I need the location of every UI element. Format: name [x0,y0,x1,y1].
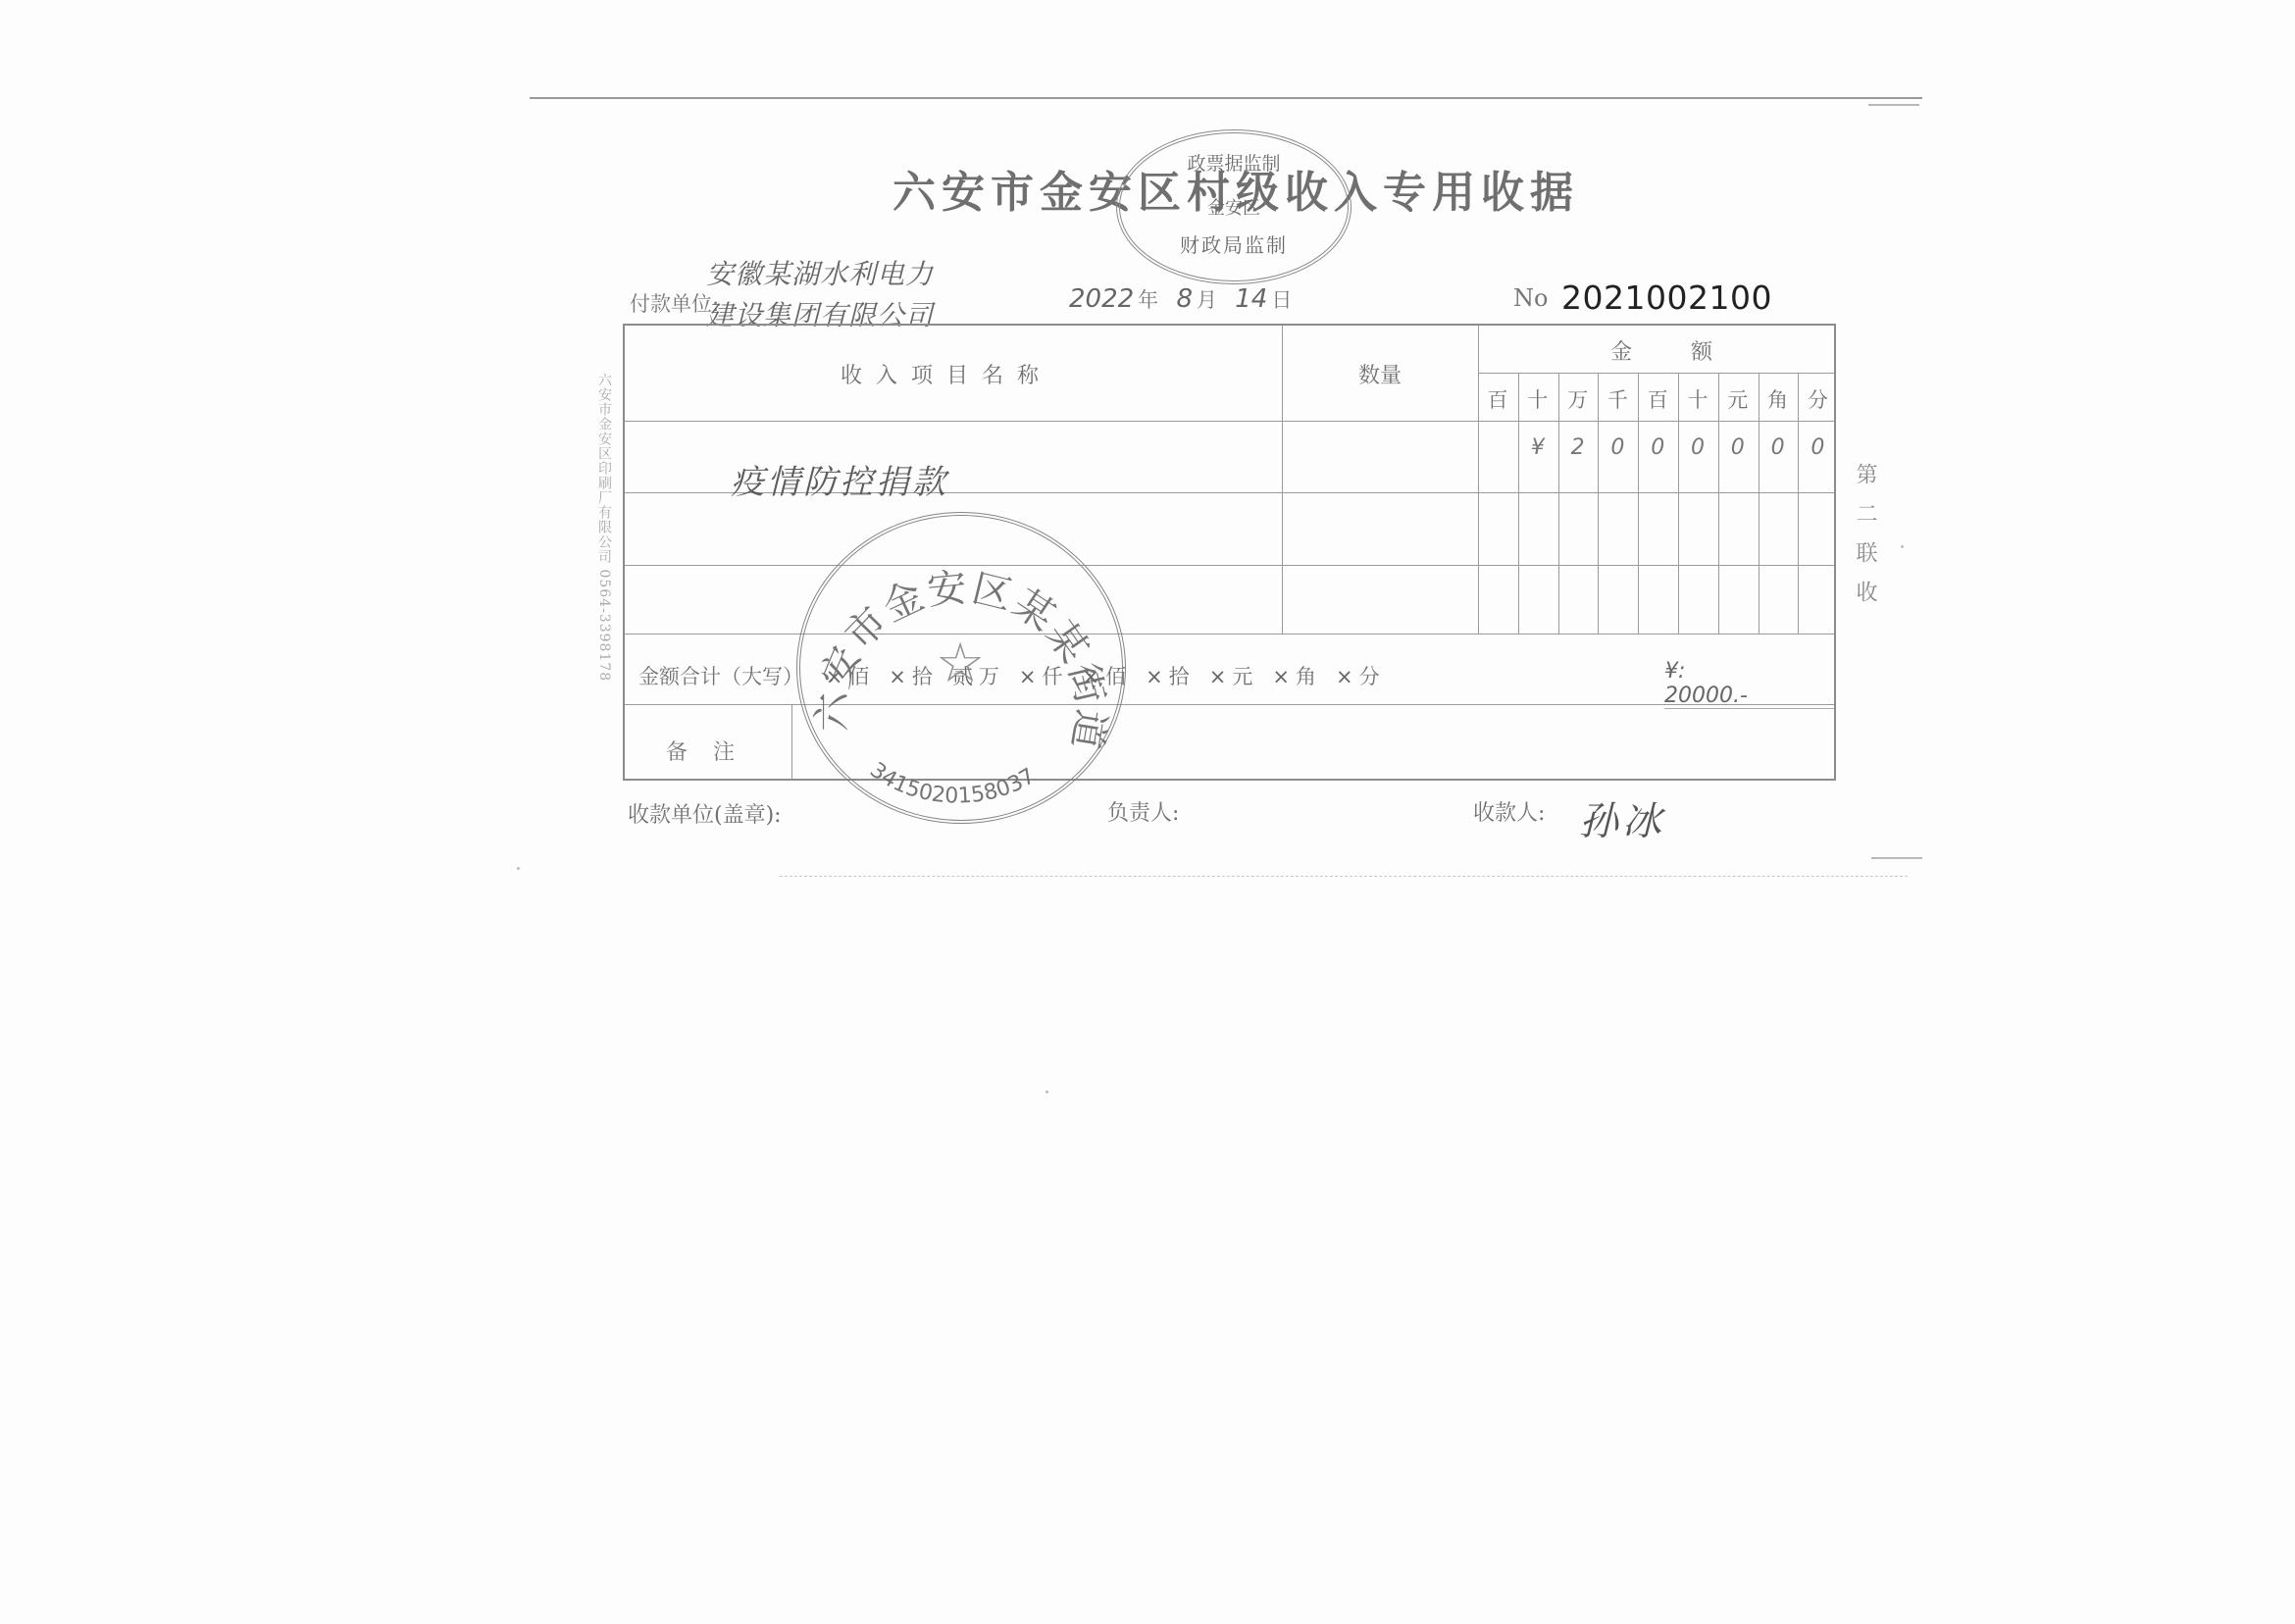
digit-column-header: 千 [1599,384,1636,414]
header-amount: 金额 [1610,335,1771,366]
receipt-number: 2021002100 [1561,279,1772,317]
collector-unit-label: 收款单位(盖章): [628,798,782,829]
copy-label-vertical: 第二联收 [1850,463,1880,620]
digit-column-header: 分 [1799,384,1836,414]
total-segment-unit: 元 [1232,665,1252,688]
header-item-name: 收入项目名称 [841,359,1052,389]
village-committee-seal: 六安市金安区某某街道某某村民委员会 3415020158037 ☆ [796,512,1126,824]
digit-column-header: 角 [1759,384,1797,414]
star-icon: ☆ [936,632,985,695]
scan-speck [517,867,520,870]
fiscal-seal-line1: 政票据监制 [1120,149,1348,176]
receipt-date: 2022年 8月 14日 [1069,284,1301,314]
payer-name-line1: 安徽某湖水利电力 [706,253,934,292]
table-header-bottom-line [625,421,1834,422]
header-quantity: 数量 [1358,359,1402,389]
amount-header-divider [1478,373,1834,374]
date-year-unit: 年 [1138,288,1158,312]
total-in-figures: ¥: 20000.- [1664,659,1834,709]
top-cut-mark [1868,104,1919,106]
digit-value: 0 [1719,435,1757,460]
digit-value: 0 [1639,435,1676,460]
digit-value: 0 [1799,435,1836,460]
scan-speck [1045,1091,1048,1093]
total-segment-mark: × [1146,665,1163,688]
date-month-unit: 月 [1197,288,1217,312]
income-item-name: 疫情防控捐款 [731,455,948,503]
digit-column-header: 百 [1639,384,1676,414]
digit-column-header: 十 [1679,384,1716,414]
date-month: 8 [1176,284,1193,314]
quantity-left-line [1282,326,1283,634]
total-label: 金额合计（大写） [638,665,803,688]
total-segment-unit: 角 [1296,665,1316,688]
digit-column-header: 万 [1559,384,1597,414]
printer-info-vertical: 六安市金安区印刷厂有限公司 0564-3398178 [592,373,614,745]
svg-text:3415020158037: 3415020158037 [865,758,1040,809]
total-segment-mark: × [1336,665,1353,688]
date-day-unit: 日 [1271,288,1292,312]
digit-column-header: 百 [1479,384,1516,414]
amount-left-line [1478,326,1479,634]
digit-value: 2 [1559,435,1597,460]
digit-value: ¥ [1519,435,1556,460]
top-cut-line [530,97,1922,99]
fiscal-bureau-seal: 政票据监制 金安区 财政局监制 [1116,129,1351,284]
bottom-cut-mark [1871,857,1922,859]
digit-column-header: 十 [1519,384,1556,414]
fiscal-seal-line2: 金安区 [1120,194,1348,220]
total-segment-mark: × [1272,665,1290,688]
date-year: 2022 [1069,284,1134,314]
responsible-person-label: 负责人: [1107,796,1179,827]
bottom-cut-line [780,876,1908,877]
total-segment-unit: 分 [1359,665,1380,688]
scan-speck [1901,545,1904,548]
digit-value: 0 [1759,435,1797,460]
cashier-signature: 孙冰 [1579,790,1665,846]
receipt-number-label: No [1513,284,1548,312]
remark-divider-line [791,704,792,779]
cashier-label: 收款人: [1473,796,1545,827]
date-day: 14 [1235,284,1267,314]
fiscal-seal-line3: 财政局监制 [1120,229,1348,258]
digit-column-header: 元 [1719,384,1757,414]
seal-code: 3415020158037 [865,758,1040,809]
digit-value: 0 [1679,435,1716,460]
total-segment-mark: × [1209,665,1227,688]
remark-label: 备注 [666,736,760,766]
total-segment-unit: 拾 [1169,665,1190,688]
digit-value: 0 [1599,435,1636,460]
